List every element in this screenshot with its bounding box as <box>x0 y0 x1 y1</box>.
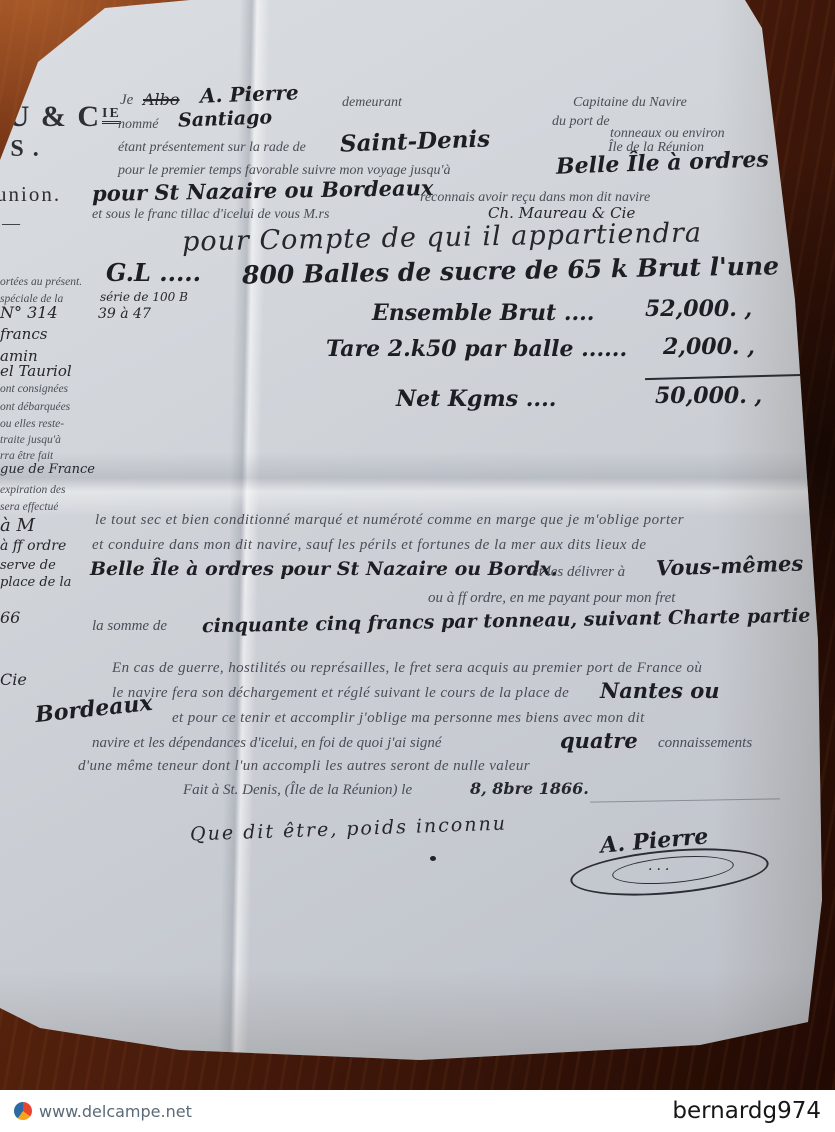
margin-fragment: el Tauriol <box>0 362 72 380</box>
clause2-line1: En cas de guerre, hostilités ou représai… <box>112 660 702 677</box>
clause1-line1: le tout sec et bien conditionné marqué e… <box>95 512 684 529</box>
clause1-line2: et conduire dans mon dit navire, sauf le… <box>92 537 646 554</box>
clause1-destination: Belle Île à ordres pour St Nazaire ou Bo… <box>90 558 558 580</box>
total-value: 2,000. , <box>663 334 755 360</box>
letterhead-island: union. <box>0 182 61 207</box>
total-value: 50,000. , <box>655 383 762 409</box>
du-port-de: du port de <box>552 114 610 130</box>
watermark-seller: bernardg974 <box>672 1098 821 1124</box>
signature-flourish-dots: ... <box>648 858 673 874</box>
total-label: Net Kgms .... <box>396 386 556 412</box>
clause2-line4-pre: navire et les dépendances d'icelui, en f… <box>92 735 442 752</box>
margin-fragment: 66 <box>0 608 20 627</box>
margin-fragment: N° 314 <box>0 303 58 322</box>
captain-title: Capitaine du Navire <box>573 95 687 111</box>
letterhead-company: AU & CIE <box>0 100 121 134</box>
delcampe-logo-icon <box>14 1102 32 1120</box>
rade-prefix: étant présentement sur la rade de <box>118 140 306 156</box>
margin-fragment: rra être fait <box>0 450 53 462</box>
margin-fragment: ortées au présent. <box>0 276 82 288</box>
clause1-deliver-mid: et les délivrer à <box>532 564 625 581</box>
watermark-site-group: www.delcampe.net <box>14 1102 192 1121</box>
opening-demeurant: demeurant <box>342 95 402 111</box>
cargo-mark: G.L ..... <box>106 258 201 287</box>
clause1-deliver-to: Vous-mêmes <box>656 550 804 580</box>
clause2-line4-post: connaissements <box>658 735 752 752</box>
rade-place: Saint-Denis <box>340 125 491 157</box>
margin-fragment: serve de <box>0 558 56 573</box>
margin-fragment: à ff ordre <box>0 538 66 554</box>
tillac-text: et sous le franc tillac d'icelui de vous… <box>92 207 329 223</box>
connaissements-count: quatre <box>560 728 638 753</box>
captain-name: A. Pierre <box>200 80 299 107</box>
paper-crease-horizontal <box>0 452 835 516</box>
margin-fragment: ont débarquées <box>0 401 70 413</box>
destination-ports: pour St Nazaire ou Bordeaux <box>92 175 434 206</box>
margin-fragment: traite jusqu'à <box>0 434 61 446</box>
clause2-line5: d'une même teneur dont l'un accompli les… <box>78 758 530 775</box>
opening-nomme: nommé <box>118 117 158 133</box>
clause2-settlement-place: Nantes ou <box>600 678 720 703</box>
margin-fragment: expiration des <box>0 484 65 496</box>
total-label: Tare 2.k50 par balle ...... <box>326 336 627 362</box>
opening-struck-name: Albo <box>143 90 180 109</box>
paper-shade-bottom <box>0 970 835 1060</box>
clause2-line2: le navire fera son déchargement et réglé… <box>112 685 569 702</box>
opening-je: Je <box>120 92 133 109</box>
clause1-line4: ou à ff ordre, en me payant pour mon fre… <box>428 590 675 607</box>
cargo-series-range: 39 à 47 <box>98 306 151 322</box>
total-value: 52,000. , <box>645 296 752 322</box>
margin-fragment: sera effectué <box>0 501 58 513</box>
margin-fragment: gue de France <box>0 462 95 477</box>
cargo-series-note: série de 100 B <box>100 290 188 304</box>
dateline-pre: Fait à St. Denis, (Île de la Réunion) le <box>183 782 412 799</box>
dateline-date: 8, 8bre 1866. <box>470 779 589 798</box>
margin-fragment: à M <box>0 515 35 536</box>
letterhead-city: IS. <box>0 136 48 163</box>
photo-background: AU & CIE IS. union. — ortées au présent.… <box>0 0 835 1132</box>
watermark-bar: www.delcampe.net bernardg974 <box>0 1090 835 1132</box>
margin-fragment: ou elles reste- <box>0 418 64 430</box>
ship-name: Santiago <box>178 106 273 131</box>
margin-fragment: francs <box>0 325 47 343</box>
cargo-description: 800 Balles de sucre de 65 k Brut l'une <box>242 251 779 289</box>
letterhead-company-main: AU & C <box>0 100 101 133</box>
margin-fragment: place de la <box>0 575 71 590</box>
paper-sheet: AU & CIE IS. union. — ortées au présent.… <box>0 0 835 1090</box>
freight-pre: la somme de <box>92 618 167 635</box>
total-label: Ensemble Brut .... <box>372 300 594 326</box>
margin-fragment: ont consignées <box>0 383 68 395</box>
ink-dot <box>430 856 436 861</box>
margin-fragment: Cie <box>0 670 27 689</box>
clause2-line3: et pour ce tenir et accomplir j'oblige m… <box>172 710 645 727</box>
watermark-site: www.delcampe.net <box>39 1102 192 1121</box>
letterhead-rule: — <box>2 213 20 234</box>
